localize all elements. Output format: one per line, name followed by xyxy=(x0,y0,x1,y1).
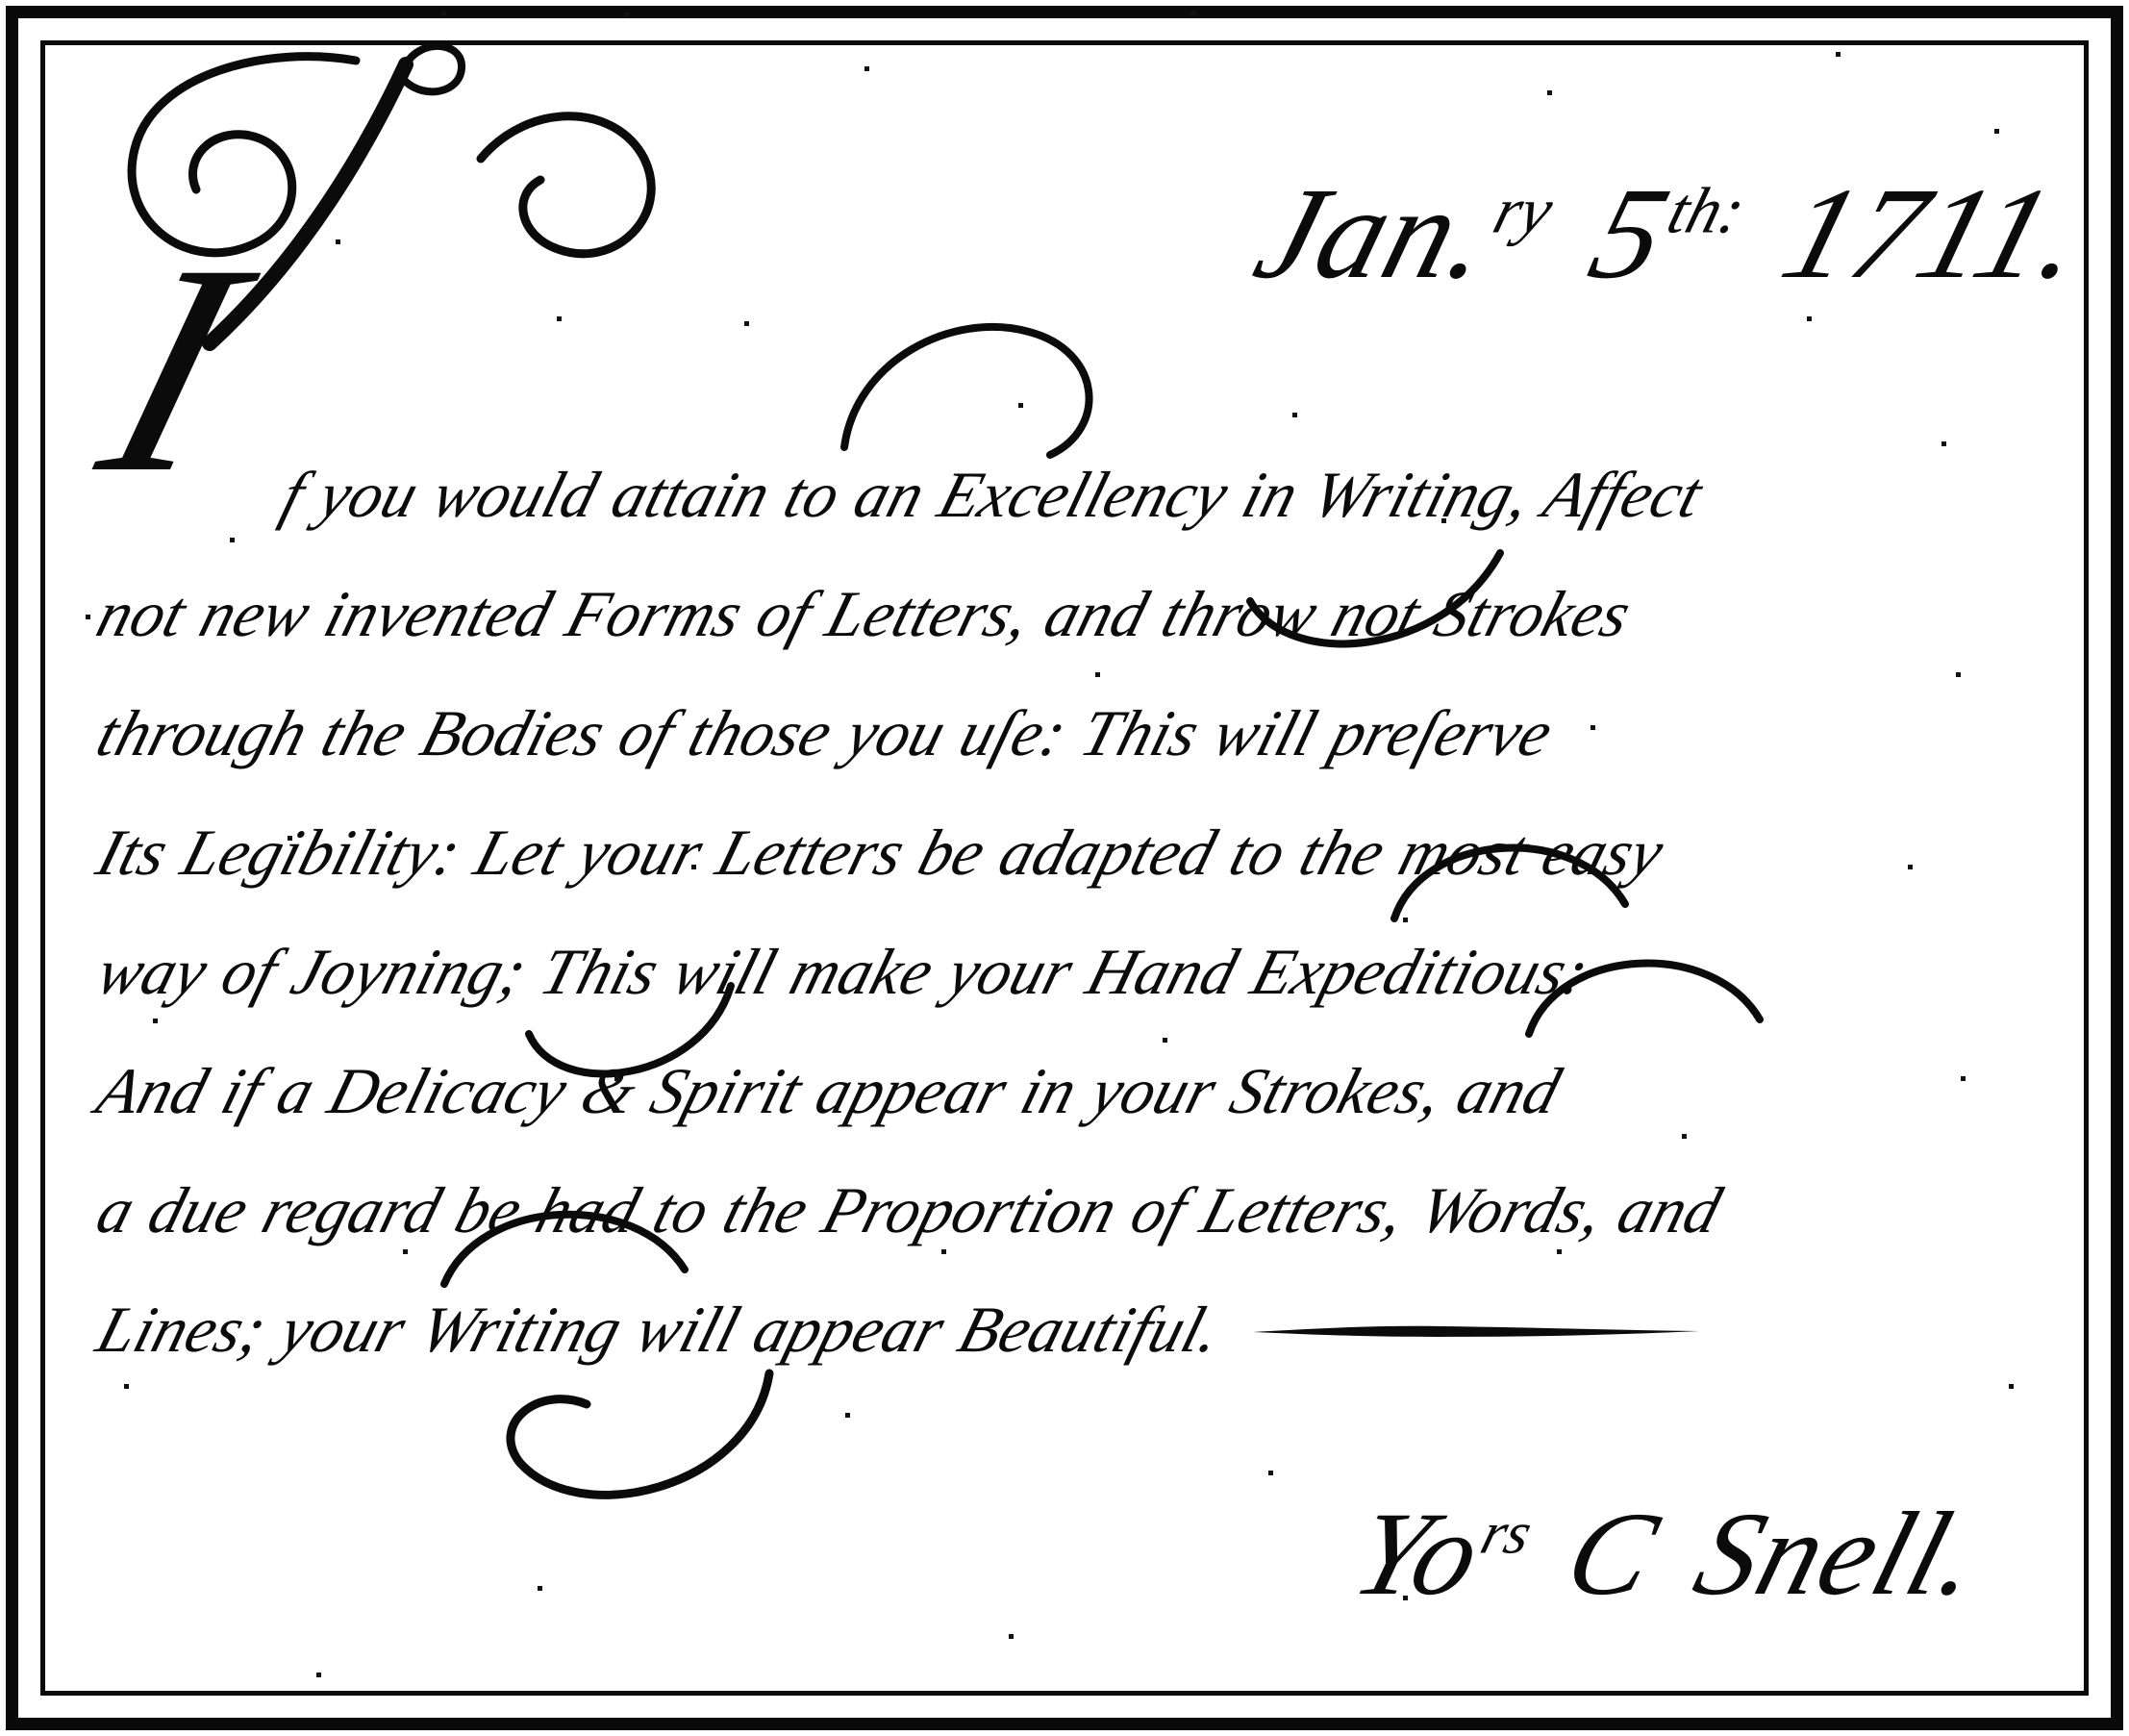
ink-specks xyxy=(0,0,3,3)
manuscript-page: Jan.ry 5th: 1711. I f you would attain t… xyxy=(0,0,2129,1736)
signature-yours: Yo xyxy=(1340,1488,1496,1620)
signature: Yors C Snell. xyxy=(1337,1473,2001,1634)
body-text: f you would attain to an Excellency in W… xyxy=(83,435,2064,1389)
swelled-rule xyxy=(1249,1322,1706,1340)
text-line-4: Its Legibility: Let your Letters be adap… xyxy=(83,793,2098,912)
text-line-2: not new invented Forms of Letters, and t… xyxy=(83,554,2098,673)
text-line-8: Lines; your Writing will appear Beautifu… xyxy=(83,1270,2098,1389)
text-line-7: a due regard be had to the Proportion of… xyxy=(83,1150,2098,1270)
text-line-6: And if a Delicacy & Spirit appear in you… xyxy=(83,1031,2098,1150)
signature-name: C Snell. xyxy=(1505,1488,1996,1620)
text-line-1: f you would attain to an Excellency in W… xyxy=(83,435,2098,554)
flourish-arc xyxy=(462,1366,789,1520)
text-line-5: way of Joyning; This will make your Hand… xyxy=(83,912,2098,1031)
date-line: Jan.ry 5th: 1711. xyxy=(1236,142,2108,325)
date-month: Jan. xyxy=(1241,162,1511,306)
text-line-3: through the Bodies of those you uſe: Thi… xyxy=(83,673,2098,793)
date-year: 1711. xyxy=(1716,162,2102,306)
text-line-8-text: Lines; your Writing will appear Beautifu… xyxy=(89,1293,1230,1366)
